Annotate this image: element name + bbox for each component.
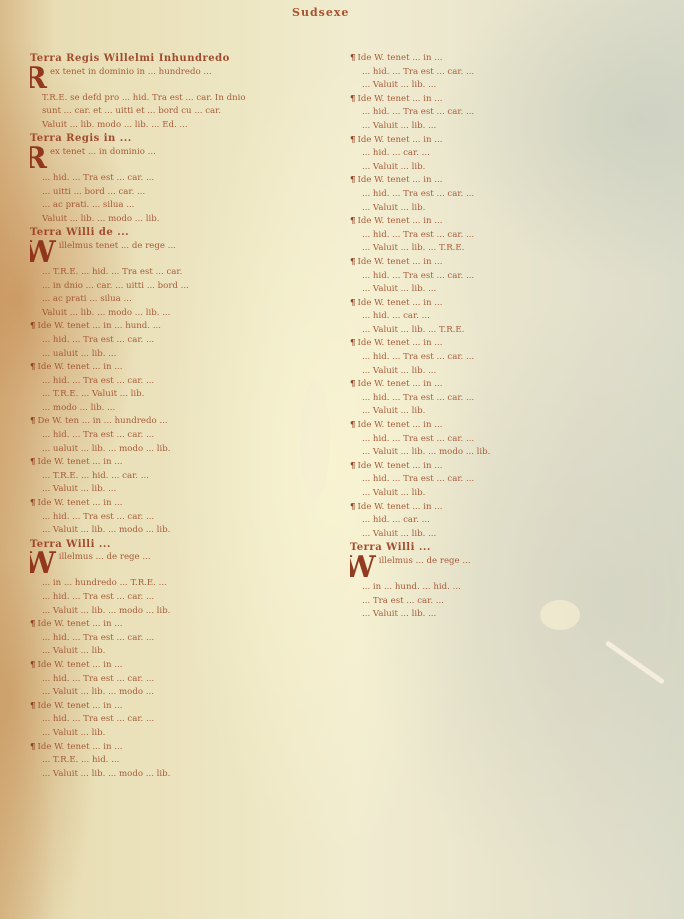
line-text: ... Valuit ... lib. ... modo ... lib. bbox=[362, 447, 490, 457]
text-line: ... hid. ... Tra est ... car. ... bbox=[350, 229, 626, 243]
text-line: ... Valuit ... lib. bbox=[350, 487, 626, 501]
manuscript-entry: Terra Regis in ...Rex tenet ... in domin… bbox=[30, 132, 310, 226]
manuscript-entry: ¶Ide W. tenet ... in ...... hid. ... Tra… bbox=[350, 256, 626, 297]
text-line: ¶Ide W. tenet ... in ... bbox=[350, 215, 626, 229]
text-line: ¶Ide W. tenet ... in ... bbox=[350, 52, 626, 66]
text-line: ... hid. ... Tra est ... car. ... bbox=[30, 511, 310, 525]
text-line: ¶Ide W. tenet ... in ... bbox=[350, 378, 626, 392]
line-text: ... hid. ... Tra est ... car. ... bbox=[362, 67, 474, 77]
text-line: ... Valuit ... lib. bbox=[350, 405, 626, 419]
text-line: ¶Ide W. tenet ... in ... bbox=[350, 93, 626, 107]
text-line: ¶Ide W. tenet ... in ... bbox=[350, 297, 626, 311]
text-line: ... ac prati. ... silua ... bbox=[30, 199, 310, 213]
manuscript-entry: ¶Ide W. tenet ... in ...... hid. ... car… bbox=[350, 297, 626, 338]
text-line: ... T.R.E. ... hid. ... bbox=[30, 754, 310, 768]
paragraph-mark-icon: ¶ bbox=[350, 53, 355, 63]
text-line: ... Valuit ... lib. ... bbox=[350, 79, 626, 93]
text-line: ¶Ide W. tenet ... in ... bbox=[350, 174, 626, 188]
line-text: ... hid. ... Tra est ... car. ... bbox=[42, 714, 154, 724]
entry-heading: Terra Regis in ... bbox=[30, 132, 310, 146]
manuscript-entry: ¶Ide W. tenet ... in ...... hid. ... Tra… bbox=[30, 700, 310, 741]
line-text: sunt ... car. et ... uitti et ... bord c… bbox=[42, 106, 221, 116]
manuscript-entry: Terra Willi ... Willelmus ... de rege ..… bbox=[30, 538, 310, 618]
line-text: Ide W. tenet ... in ... bbox=[357, 420, 442, 430]
line-text: ... Valuit ... lib. ... bbox=[362, 529, 436, 539]
manuscript-entry: ¶Ide W. tenet ... in ...... hid. ... Tra… bbox=[30, 361, 310, 415]
line-text: ... hid. ... Tra est ... car. ... bbox=[42, 674, 154, 684]
line-text: illelmus ... de rege ... bbox=[59, 552, 151, 562]
text-line: ¶De W. ten ... in ... hundredo ... bbox=[30, 415, 310, 429]
line-text: ... Valuit ... lib. ... modo ... lib. bbox=[42, 606, 170, 616]
manuscript-entry: ¶Ide W. tenet ... in ...... hid. ... car… bbox=[350, 134, 626, 175]
text-line: ... hid. ... Tra est ... car. ... bbox=[350, 473, 626, 487]
text-line: ... hid. ... Tra est ... car. ... bbox=[30, 673, 310, 687]
text-line: ... ualuit ... lib. ... bbox=[30, 348, 310, 362]
text-line: ... in dnio ... car. ... uitti ... bord … bbox=[30, 280, 310, 294]
text-line: ... hid. ... Tra est ... car. ... bbox=[30, 591, 310, 605]
text-line: Rex tenet ... in dominio ... bbox=[30, 146, 310, 172]
text-line: ... Valuit ... lib. ... modo ... lib. bbox=[30, 768, 310, 782]
text-line: ¶Ide W. tenet ... in ... bbox=[350, 419, 626, 433]
line-text: ex tenet in dominio in ... hundredo ... bbox=[50, 67, 212, 77]
parchment-crease bbox=[605, 640, 665, 684]
line-text: ... modo ... lib. ... bbox=[42, 403, 115, 413]
paragraph-mark-icon: ¶ bbox=[350, 420, 355, 430]
manuscript-entry: ¶Ide W. tenet ... in ...... hid. ... Tra… bbox=[350, 93, 626, 134]
text-line: ... hid. ... Tra est ... car. ... bbox=[30, 713, 310, 727]
line-text: Ide W. tenet ... in ... bbox=[37, 457, 122, 467]
line-text: ... hid. ... Tra est ... car. ... bbox=[42, 592, 154, 602]
line-text: Ide W. tenet ... in ... bbox=[37, 701, 122, 711]
paragraph-mark-icon: ¶ bbox=[30, 321, 35, 331]
entry-heading: Terra Regis Willelmi Inhundredo bbox=[30, 52, 310, 66]
text-line: sunt ... car. et ... uitti et ... bord c… bbox=[30, 105, 310, 119]
line-text: ... Valuit ... lib. ... bbox=[362, 366, 436, 376]
line-text: ... ualuit ... lib. ... bbox=[42, 349, 116, 359]
line-text: Ide W. tenet ... in ... bbox=[37, 362, 122, 372]
paragraph-mark-icon: ¶ bbox=[350, 257, 355, 267]
entry-heading: Terra Willi ... bbox=[30, 538, 310, 552]
text-line: ... T.R.E. ... hid. ... Tra est ... car. bbox=[30, 266, 310, 280]
decorated-initial: R bbox=[30, 66, 47, 92]
text-line: ¶Ide W. tenet ... in ... bbox=[350, 134, 626, 148]
line-text: illelmus tenet ... de rege ... bbox=[59, 241, 176, 251]
manuscript-entry: ¶De W. ten ... in ... hundredo ...... hi… bbox=[30, 415, 310, 456]
line-text: ... in dnio ... car. ... uitti ... bord … bbox=[42, 281, 189, 291]
line-text: ... hid. ... Tra est ... car. ... bbox=[362, 107, 474, 117]
text-line: ... Valuit ... lib. bbox=[350, 161, 626, 175]
line-text: ... hid. ... Tra est ... car. ... bbox=[362, 434, 474, 444]
text-line: ¶Ide W. tenet ... in ... bbox=[350, 256, 626, 270]
decorated-initial: W bbox=[30, 551, 56, 577]
text-line: ... Valuit ... lib. ... T.R.E. bbox=[350, 324, 626, 338]
line-text: ... Valuit ... lib. ... T.R.E. bbox=[362, 243, 464, 253]
text-line: ... hid. ... Tra est ... car. ... bbox=[30, 632, 310, 646]
text-line: ¶Ide W. tenet ... in ... bbox=[350, 460, 626, 474]
entry-heading: Terra Willi ... bbox=[350, 541, 626, 555]
text-line: ¶Ide W. tenet ... in ... bbox=[30, 456, 310, 470]
line-text: Ide W. tenet ... in ... bbox=[37, 742, 122, 752]
line-text: ... ualuit ... lib. ... modo ... lib. bbox=[42, 444, 171, 454]
text-line: ¶Ide W. tenet ... in ... bbox=[30, 497, 310, 511]
text-line: ... Valuit ... lib. bbox=[30, 645, 310, 659]
text-line: Willelmus ... de rege ... bbox=[350, 555, 626, 581]
line-text: Valuit ... lib. modo ... lib. ... Ed. ..… bbox=[42, 120, 188, 130]
paragraph-mark-icon: ¶ bbox=[350, 175, 355, 185]
text-line: ... hid. ... car. ... bbox=[350, 310, 626, 324]
text-line: T.R.E. se defd pro ... hid. Tra est ... … bbox=[30, 92, 310, 106]
line-text: Ide W. tenet ... in ... bbox=[357, 338, 442, 348]
text-line: ... T.R.E. ... Valuit ... lib. bbox=[30, 388, 310, 402]
line-text: ... T.R.E. ... hid. ... bbox=[42, 755, 119, 765]
line-text: ... hid. ... car. ... bbox=[362, 148, 430, 158]
text-line: ¶Ide W. tenet ... in ... bbox=[30, 618, 310, 632]
manuscript-entry: ¶Ide W. tenet ... in ...... T.R.E. ... h… bbox=[30, 741, 310, 782]
text-line: ... Valuit ... lib. ... modo ... bbox=[30, 686, 310, 700]
line-text: ... in ... hundredo ... T.R.E. ... bbox=[42, 578, 167, 588]
line-text: Ide W. tenet ... in ... bbox=[37, 498, 122, 508]
manuscript-entry: ¶Ide W. tenet ... in ...... hid. ... car… bbox=[350, 501, 626, 542]
line-text: ex tenet ... in dominio ... bbox=[50, 147, 156, 157]
line-text: ... Valuit ... lib. ... bbox=[362, 609, 436, 619]
manuscript-entry: Terra Regis Willelmi InhundredoRex tenet… bbox=[30, 52, 310, 132]
text-line: ... hid. ... car. ... bbox=[350, 514, 626, 528]
paragraph-mark-icon: ¶ bbox=[350, 94, 355, 104]
text-line: Valuit ... lib. modo ... lib. ... Ed. ..… bbox=[30, 119, 310, 133]
text-line: ... Valuit ... lib. bbox=[350, 202, 626, 216]
text-line: Valuit ... lib. ... modo ... lib. bbox=[30, 213, 310, 227]
line-text: ... hid. ... Tra est ... car. ... bbox=[362, 474, 474, 484]
text-line: ... Valuit ... lib. ... modo ... lib. bbox=[350, 446, 626, 460]
text-line: Willelmus ... de rege ... bbox=[30, 551, 310, 577]
line-text: Valuit ... lib. ... modo ... lib. bbox=[42, 214, 159, 224]
paragraph-mark-icon: ¶ bbox=[30, 619, 35, 629]
decorated-initial: R bbox=[30, 146, 47, 172]
text-line: ... hid. ... Tra est ... car. ... bbox=[350, 106, 626, 120]
text-line: ... hid. ... Tra est ... car. ... bbox=[350, 188, 626, 202]
paragraph-mark-icon: ¶ bbox=[30, 416, 35, 426]
manuscript-entry: ¶Ide W. tenet ... in ...... hid. ... Tra… bbox=[30, 618, 310, 659]
line-text: ... hid. ... Tra est ... car. ... bbox=[42, 430, 154, 440]
text-line: ... ac prati ... silua ... bbox=[30, 293, 310, 307]
paragraph-mark-icon: ¶ bbox=[350, 338, 355, 348]
line-text: illelmus ... de rege ... bbox=[379, 556, 471, 566]
decorated-initial: W bbox=[30, 240, 56, 266]
text-line: ... Valuit ... lib. ... T.R.E. bbox=[350, 242, 626, 256]
line-text: Ide W. tenet ... in ... bbox=[357, 502, 442, 512]
text-line: ... Valuit ... lib. ... bbox=[30, 483, 310, 497]
line-text: ... uitti ... bord ... car. ... bbox=[42, 187, 145, 197]
line-text: ... hid. ... Tra est ... car. ... bbox=[362, 271, 474, 281]
text-line: ... hid. ... Tra est ... car. ... bbox=[350, 433, 626, 447]
paragraph-mark-icon: ¶ bbox=[30, 742, 35, 752]
text-line: ... Valuit ... lib. bbox=[30, 727, 310, 741]
line-text: ... Valuit ... lib. bbox=[362, 203, 425, 213]
line-text: Ide W. tenet ... in ... bbox=[37, 660, 122, 670]
manuscript-entry: ¶Ide W. tenet ... in ...... hid. ... Tra… bbox=[350, 52, 626, 93]
left-column: Terra Regis Willelmi InhundredoRex tenet… bbox=[30, 52, 310, 781]
line-text: Ide W. tenet ... in ... bbox=[357, 298, 442, 308]
text-line: ... Valuit ... lib. ... bbox=[350, 365, 626, 379]
paragraph-mark-icon: ¶ bbox=[350, 461, 355, 471]
text-line: ... Valuit ... lib. ... bbox=[350, 120, 626, 134]
parchment-stain bbox=[300, 380, 330, 500]
manuscript-entry: ¶Ide W. tenet ... in ...... hid. ... Tra… bbox=[350, 215, 626, 256]
text-line: ... ualuit ... lib. ... modo ... lib. bbox=[30, 443, 310, 457]
line-text: Ide W. tenet ... in ... bbox=[357, 175, 442, 185]
text-line: ... Valuit ... lib. ... bbox=[350, 608, 626, 622]
manuscript-entry: ¶Ide W. tenet ... in ...... T.R.E. ... h… bbox=[30, 456, 310, 497]
manuscript-entry: ¶Ide W. tenet ... in ...... hid. ... Tra… bbox=[30, 659, 310, 700]
manuscript-entry: ¶Ide W. tenet ... in ...... hid. ... Tra… bbox=[350, 174, 626, 215]
line-text: ... hid. ... Tra est ... car. ... bbox=[362, 230, 474, 240]
line-text: ... Valuit ... lib. bbox=[362, 488, 425, 498]
text-line: ... in ... hund. ... hid. ... bbox=[350, 581, 626, 595]
line-text: ... hid. ... car. ... bbox=[362, 311, 430, 321]
line-text: ... Valuit ... lib. bbox=[362, 406, 425, 416]
manuscript-entry: ¶Ide W. tenet ... in ...... hid. ... Tra… bbox=[30, 497, 310, 538]
text-line: ¶Ide W. tenet ... in ... bbox=[30, 659, 310, 673]
text-line: ... Valuit ... lib. ... bbox=[350, 528, 626, 542]
decorated-initial: W bbox=[350, 555, 376, 581]
right-column: ¶Ide W. tenet ... in ...... hid. ... Tra… bbox=[350, 52, 626, 622]
paragraph-mark-icon: ¶ bbox=[350, 298, 355, 308]
line-text: T.R.E. se defd pro ... hid. Tra est ... … bbox=[42, 93, 246, 103]
line-text: ... Valuit ... lib. bbox=[42, 646, 105, 656]
line-text: ... ac prati. ... silua ... bbox=[42, 200, 134, 210]
paragraph-mark-icon: ¶ bbox=[30, 660, 35, 670]
text-line: ¶Ide W. tenet ... in ... bbox=[30, 741, 310, 755]
line-text: ... Valuit ... lib. ... bbox=[42, 484, 116, 494]
running-head: Sudsexe bbox=[292, 6, 349, 19]
text-line: ... hid. ... Tra est ... car. ... bbox=[350, 392, 626, 406]
line-text: ... hid. ... Tra est ... car. ... bbox=[42, 335, 154, 345]
text-line: ... modo ... lib. ... bbox=[30, 402, 310, 416]
line-text: Ide W. tenet ... in ... hund. ... bbox=[37, 321, 160, 331]
line-text: Ide W. tenet ... in ... bbox=[357, 94, 442, 104]
manuscript-entry: ¶Ide W. tenet ... in ...... hid. ... Tra… bbox=[350, 378, 626, 419]
text-line: ... hid. ... Tra est ... car. ... bbox=[30, 334, 310, 348]
manuscript-entry: Terra Willi de ...Willelmus tenet ... de… bbox=[30, 226, 310, 320]
line-text: ... Valuit ... lib. ... modo ... lib. bbox=[42, 525, 170, 535]
text-line: ... hid. ... Tra est ... car. ... bbox=[350, 66, 626, 80]
paragraph-mark-icon: ¶ bbox=[350, 379, 355, 389]
line-text: ... hid. ... Tra est ... car. ... bbox=[362, 189, 474, 199]
text-line: ... in ... hundredo ... T.R.E. ... bbox=[30, 577, 310, 591]
parchment-stain bbox=[540, 600, 580, 630]
line-text: De W. ten ... in ... hundredo ... bbox=[37, 416, 167, 426]
line-text: Ide W. tenet ... in ... bbox=[357, 216, 442, 226]
line-text: ... Tra est ... car. ... bbox=[362, 596, 444, 606]
text-line: ... Valuit ... lib. ... modo ... lib. bbox=[30, 605, 310, 619]
line-text: Ide W. tenet ... in ... bbox=[357, 461, 442, 471]
line-text: Ide W. tenet ... in ... bbox=[357, 53, 442, 63]
line-text: ... Valuit ... lib. bbox=[362, 162, 425, 172]
line-text: ... Valuit ... lib. ... bbox=[362, 284, 436, 294]
text-line: ... hid. ... Tra est ... car. ... bbox=[30, 429, 310, 443]
paragraph-mark-icon: ¶ bbox=[350, 135, 355, 145]
line-text: ... Valuit ... lib. ... modo ... lib. bbox=[42, 769, 170, 779]
manuscript-entry: ¶Ide W. tenet ... in ...... hid. ... Tra… bbox=[350, 419, 626, 460]
text-line: ¶Ide W. tenet ... in ... bbox=[30, 700, 310, 714]
paragraph-mark-icon: ¶ bbox=[350, 216, 355, 226]
text-line: ... hid. ... Tra est ... car. ... bbox=[30, 375, 310, 389]
text-line: ... Valuit ... lib. ... bbox=[350, 283, 626, 297]
line-text: ... hid. ... Tra est ... car. ... bbox=[362, 352, 474, 362]
paragraph-mark-icon: ¶ bbox=[350, 502, 355, 512]
text-line: ¶Ide W. tenet ... in ... hund. ... bbox=[30, 320, 310, 334]
text-line: ... hid. ... Tra est ... car. ... bbox=[30, 172, 310, 186]
text-line: ... Valuit ... lib. ... modo ... lib. bbox=[30, 524, 310, 538]
line-text: ... T.R.E. ... Valuit ... lib. bbox=[42, 389, 144, 399]
line-text: ... ac prati ... silua ... bbox=[42, 294, 132, 304]
line-text: ... hid. ... Tra est ... car. ... bbox=[42, 376, 154, 386]
line-text: Ide W. tenet ... in ... bbox=[357, 379, 442, 389]
text-line: ... T.R.E. ... hid. ... car. ... bbox=[30, 470, 310, 484]
text-line: ... hid. ... Tra est ... car. ... bbox=[350, 351, 626, 365]
line-text: ... Valuit ... lib. ... bbox=[362, 121, 436, 131]
text-line: Valuit ... lib. ... modo ... lib. ... bbox=[30, 307, 310, 321]
line-text: ... Valuit ... lib. bbox=[42, 728, 105, 738]
entry-heading: Terra Willi de ... bbox=[30, 226, 310, 240]
manuscript-page: Sudsexe Terra Regis Willelmi InhundredoR… bbox=[0, 0, 684, 919]
line-text: ... Valuit ... lib. ... modo ... bbox=[42, 687, 154, 697]
line-text: ... T.R.E. ... hid. ... car. ... bbox=[42, 471, 149, 481]
text-line: ¶Ide W. tenet ... in ... bbox=[350, 501, 626, 515]
line-text: ... Valuit ... lib. ... bbox=[362, 80, 436, 90]
line-text: ... hid. ... car. ... bbox=[362, 515, 430, 525]
manuscript-entry: ¶Ide W. tenet ... in ...... hid. ... Tra… bbox=[350, 460, 626, 501]
text-line: ¶Ide W. tenet ... in ... bbox=[350, 337, 626, 351]
paragraph-mark-icon: ¶ bbox=[30, 498, 35, 508]
manuscript-entry: ¶Ide W. tenet ... in ...... hid. ... Tra… bbox=[350, 337, 626, 378]
line-text: Ide W. tenet ... in ... bbox=[357, 135, 442, 145]
line-text: ... Valuit ... lib. ... T.R.E. bbox=[362, 325, 464, 335]
manuscript-entry: Terra Willi ... Willelmus ... de rege ..… bbox=[350, 541, 626, 621]
line-text: ... hid. ... Tra est ... car. ... bbox=[42, 512, 154, 522]
text-line: ... hid. ... Tra est ... car. ... bbox=[350, 270, 626, 284]
line-text: Ide W. tenet ... in ... bbox=[357, 257, 442, 267]
line-text: ... hid. ... Tra est ... car. ... bbox=[42, 173, 154, 183]
line-text: ... hid. ... Tra est ... car. ... bbox=[362, 393, 474, 403]
line-text: ... in ... hund. ... hid. ... bbox=[362, 582, 461, 592]
text-line: ... Tra est ... car. ... bbox=[350, 595, 626, 609]
line-text: ... T.R.E. ... hid. ... Tra est ... car. bbox=[42, 267, 182, 277]
text-line: ... uitti ... bord ... car. ... bbox=[30, 186, 310, 200]
text-line: ¶Ide W. tenet ... in ... bbox=[30, 361, 310, 375]
paragraph-mark-icon: ¶ bbox=[30, 362, 35, 372]
text-line: ... hid. ... car. ... bbox=[350, 147, 626, 161]
line-text: Valuit ... lib. ... modo ... lib. ... bbox=[42, 308, 170, 318]
paragraph-mark-icon: ¶ bbox=[30, 457, 35, 467]
paragraph-mark-icon: ¶ bbox=[30, 701, 35, 711]
line-text: ... hid. ... Tra est ... car. ... bbox=[42, 633, 154, 643]
manuscript-entry: ¶Ide W. tenet ... in ... hund. ...... hi… bbox=[30, 320, 310, 361]
text-line: Rex tenet in dominio in ... hundredo ... bbox=[30, 66, 310, 92]
text-line: Willelmus tenet ... de rege ... bbox=[30, 240, 310, 266]
line-text: Ide W. tenet ... in ... bbox=[37, 619, 122, 629]
